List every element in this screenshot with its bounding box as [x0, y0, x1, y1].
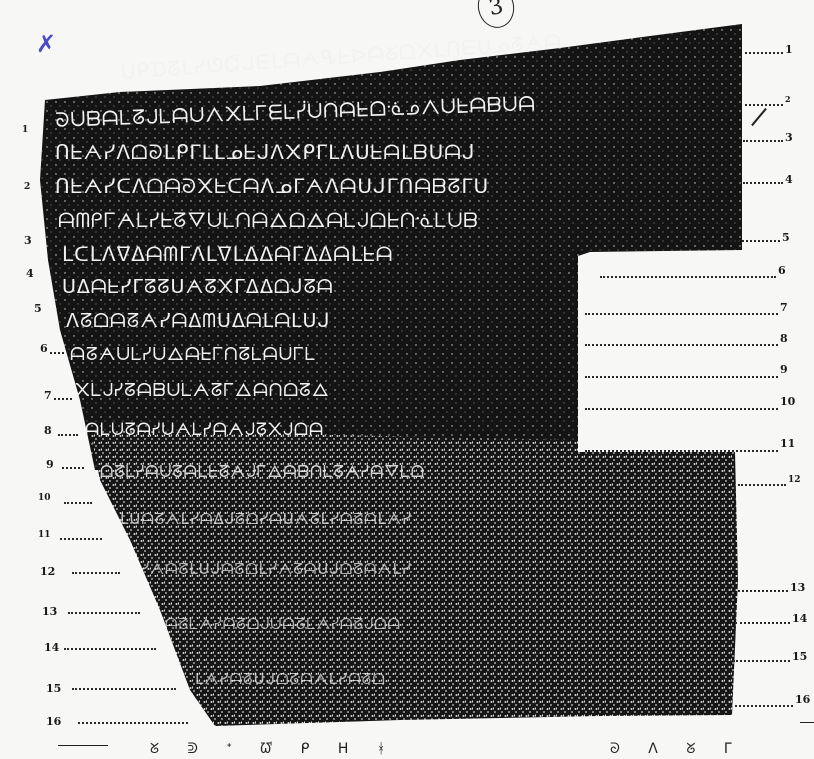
left-guide-16	[78, 722, 188, 724]
right-guide-10	[585, 408, 778, 410]
inscription-line-15: ᗩᘔᒪᗅᓯᗩᘔᗝᒍᑌᗩᘔᒪᗅᓯᗩᘔᒍᗝᗩ	[165, 615, 725, 633]
left-guide-15	[72, 688, 176, 690]
right-guide-6	[600, 276, 776, 278]
right-line-number-14: 14	[792, 613, 807, 624]
inscription-scan-page: ᑌᑭᗪᘔᒪᓯᘎᘹᒍᗴᒪᗩᗅᕴᖶᐅᗩᘜᗝ᙭ᒪᑎᗴᑌᓄᘔᗅᗩ ᘐᑌᗷᗩᒪᘔᒍᒪᗩᑌᐱ…	[0, 0, 814, 759]
left-guide-9	[62, 467, 84, 469]
right-guide-2	[745, 104, 783, 106]
bottom-left-rule	[58, 745, 108, 746]
right-line-number-11: 11	[780, 438, 795, 449]
right-line-number-2: 2	[785, 95, 791, 103]
right-guide-4	[743, 182, 783, 184]
right-guide-15	[733, 660, 790, 662]
right-line-number-7: 7	[780, 302, 788, 313]
right-line-number-8: 8	[780, 333, 788, 344]
left-line-number-16: 16	[46, 716, 61, 727]
inscription-line-7: ᑌᐃᗩᖶᓯᒥᘔᘔᑌᗅᘔ᙭ᒥᐃᐃᗝᒍᘔᗩ	[62, 276, 572, 298]
left-line-number-15: 15	[46, 683, 61, 694]
right-guide-3	[743, 140, 783, 142]
left-line-number-2: 2	[24, 183, 30, 192]
right-line-number-12: 12	[788, 476, 801, 485]
right-guide-14	[735, 622, 790, 624]
footer-glyphs-left: ᘜ ᕲ ᐩ ᘺ ᑭ ᕼ ᚼ	[150, 741, 397, 757]
inscription-line-13: ᒪᑌᗩᘔᗅᒪᓯᗩᐃᒍᘔᗝᓯᗩᑌᗅᘔᒪᓯᗩᘔᗩᒪᗅᓯ	[120, 510, 720, 528]
left-line-number-13: 13	[42, 606, 57, 617]
right-line-number-6: 6	[778, 265, 786, 276]
right-guide-9	[585, 376, 778, 378]
inscription-line-5: ᗩᗰᑭᒥᗅᒪᓯᖶᘔᐁᑌᒪᑎᗩᐃᗝᐃᗩᒪᒍᗝᖶᑎᓍᒪᑌᗷ	[58, 208, 718, 232]
left-guide-8	[58, 434, 78, 436]
left-guide-7	[54, 398, 72, 400]
left-guide-14	[64, 648, 156, 650]
inscription-line-12: ᗝᘔᒪᓯᗩᑌᘔᗩᒪᖶᘔᗅᒍᒥᐃᗩᗷᑎᒪᘔᗅᓯᗩᐁᒪᗝ	[100, 462, 720, 482]
right-line-number-5: 5	[782, 232, 790, 243]
right-guide-11	[585, 450, 778, 452]
left-line-number-3: 3	[24, 235, 32, 246]
right-line-number-4: 4	[785, 174, 793, 185]
right-guide-7	[585, 313, 778, 315]
footer-glyphs-right: ᘐ ᐱ ᘜ ᒥ	[610, 741, 744, 757]
right-guide-1	[745, 52, 783, 54]
right-line-number-10: 10	[780, 396, 795, 407]
inscription-line-14: ᓯᗅᗩᘔᒪᑌᒍᗩᘔᗝᒪᓯᗅᘔᗩᑌᒍᗝᘔᗩᗅᒪᓯ	[140, 560, 720, 578]
inscription-line-10: ᙭ᒪᒍᓯᘔᗩᗷᑌᒪᗅᘔᒥᐃᗩᑎᗝᘔᐃ	[75, 380, 565, 401]
left-line-number-10: 10	[38, 494, 51, 503]
right-guide-12	[738, 484, 786, 486]
left-line-number-5: 5	[34, 303, 42, 314]
left-guide-12	[72, 572, 120, 574]
left-guide-13	[68, 612, 140, 614]
right-line-number-3: 3	[785, 132, 793, 143]
bottom-right-rule	[800, 722, 814, 723]
right-guide-8	[585, 344, 778, 346]
left-line-number-14: 14	[44, 642, 59, 653]
left-line-number-4: 4	[26, 268, 34, 279]
inscription-line-3: ᑎᖶᗅᓯᐱᗝᘐᒪᑭᒥᒪᒪᓄᖶᒍᐱ᙭ᑭᒥᒪᐱᑌᖶᗩᒪᗷᑌᗩᒍ	[55, 140, 725, 164]
right-line-number-1: 1	[785, 44, 793, 55]
right-guide-16	[735, 705, 793, 707]
left-guide-10	[64, 502, 92, 504]
left-line-number-9: 9	[46, 459, 54, 470]
left-line-number-6: 6	[40, 343, 48, 354]
right-line-number-16: 16	[795, 694, 810, 705]
inscription-line-16: ᒪᗅᓯᗩᘔᑌᒍᗝᘔᗩᗅᒪᓯᗩᘔᗝ	[195, 670, 725, 688]
inscription-line-4: ᑎᖶᗅᓯᑕᐱᗝᗩᘐ᙭ᖶᑕᗩᐱᓄᒥᗅᐱᗩᑌᒍᒥᑎᗩᗷᘔᒥᑌ	[55, 174, 725, 198]
left-guide-11	[60, 538, 102, 540]
left-guide-6	[50, 352, 64, 354]
right-guide-5	[730, 240, 780, 242]
left-line-number-1: 1	[22, 126, 28, 135]
left-line-number-12: 12	[40, 566, 55, 577]
inscription-line-6: ᒪᑕᒪᐱᐁᐃᗩᗰᒥᐱᒪᐁᒪᐃᐃᗩᒥᐃᐃᗩᒪᖶᗩ	[62, 242, 572, 266]
right-line-number-13: 13	[790, 582, 805, 593]
right-line-number-15: 15	[792, 651, 807, 662]
right-line-number-9: 9	[780, 364, 788, 375]
left-line-number-8: 8	[44, 425, 52, 436]
right-guide-13	[738, 590, 788, 592]
inscription-line-8: ᐱᘔᗝᗩᘔᗅᓯᗩᐃᗰᑌᐃᗩᒪᗩᒪᑌᒍ	[66, 310, 571, 332]
inscription-line-11: ᗩᒪᑌᘔᗩᓯᑌᗅᒪᓯᗩᗅᒍᘔ᙭ᒍᗝᗩ	[85, 420, 565, 440]
page-number-text: 3	[487, 0, 506, 21]
cross-mark-icon: ✗	[36, 30, 56, 58]
left-line-number-7: 7	[44, 390, 52, 401]
inscription-line-9: ᗩᘔᗅᑌᒪᓯᑌᐃᗩᖶᒥᑎᘔᒪᗩᑌᒥᒪ	[70, 344, 570, 365]
left-line-number-11: 11	[38, 531, 51, 540]
